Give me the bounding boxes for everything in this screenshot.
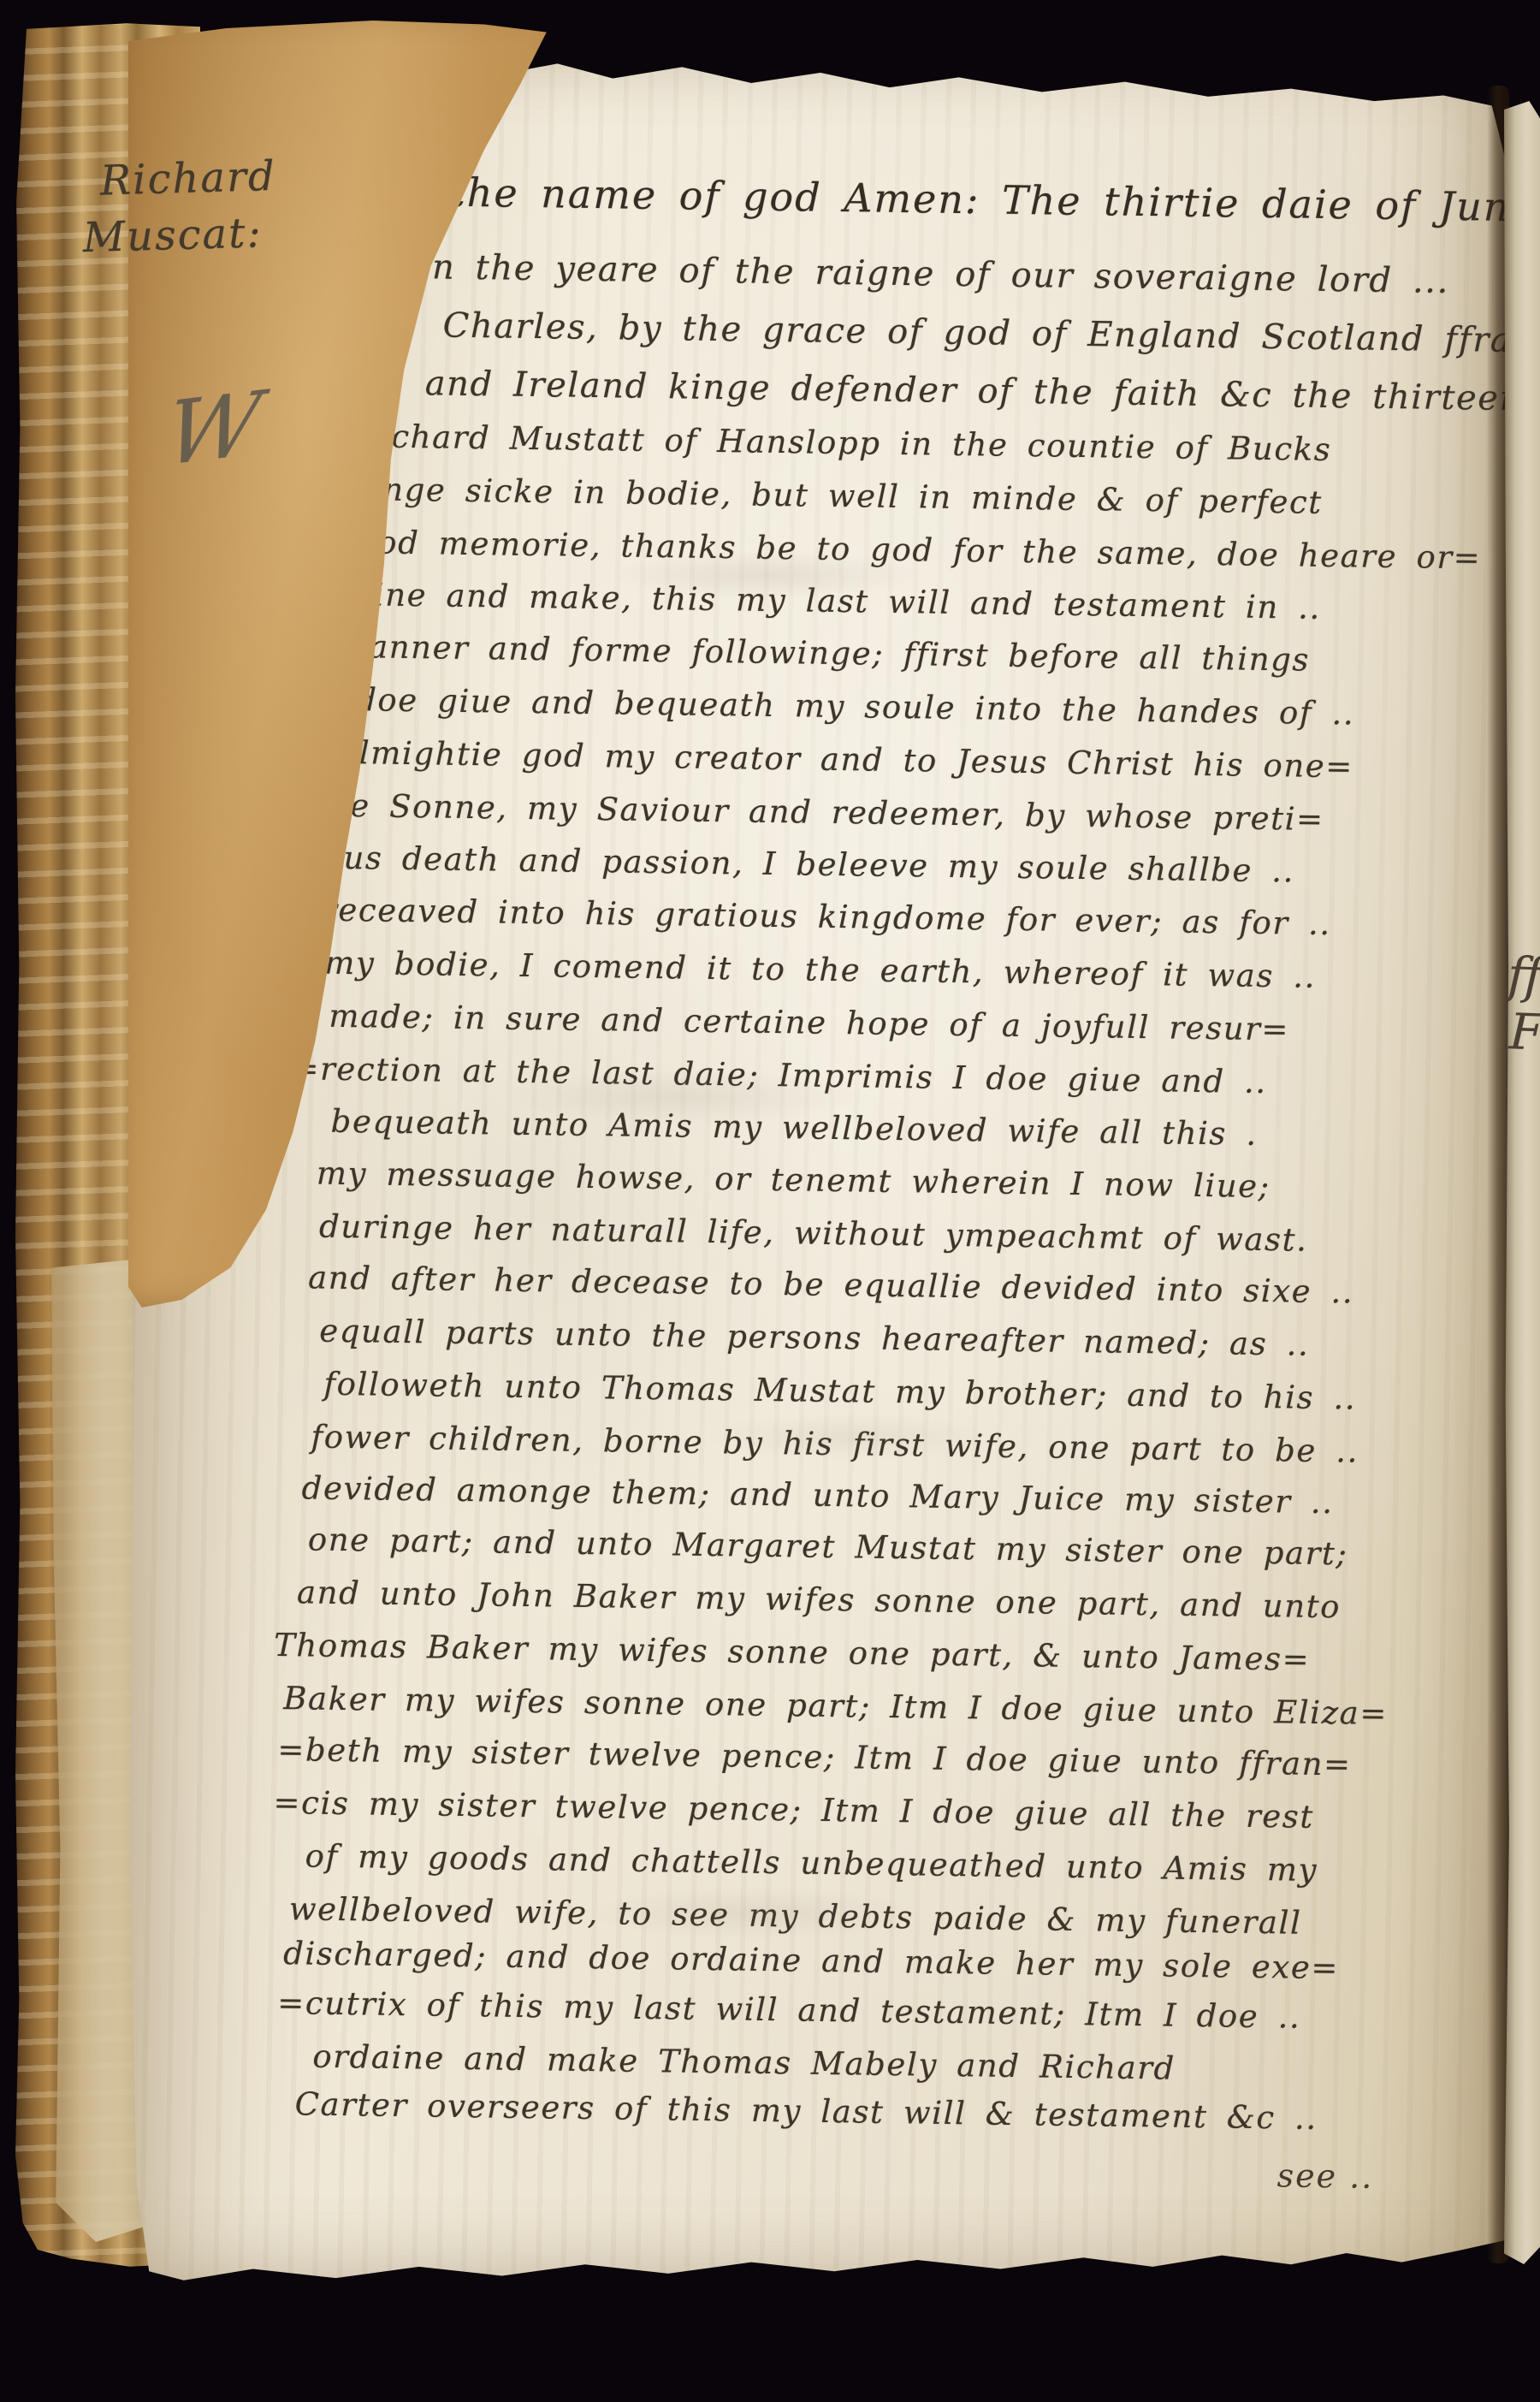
manuscript-line: followeth unto Thomas Mustat my brother;… — [323, 1366, 1356, 1417]
manuscript-line: =lie Sonne, my Saviour and redeemer, by … — [299, 786, 1324, 838]
manuscript-line: fower children, borne by his first wife,… — [311, 1418, 1359, 1469]
manuscript-line: good memorie, thanks be to god for the s… — [335, 524, 1482, 577]
manuscript-line: of my goods and chattells unbequeathed u… — [305, 1837, 1318, 1889]
manuscript-line: discharged; and doe ordaine and make her… — [283, 1935, 1339, 1986]
manuscript-line: my messuage howse, or tenemt wherein I n… — [317, 1155, 1271, 1206]
manuscript-line: In the name of god Amen: The thirtie dai… — [383, 169, 1540, 231]
manuscript-line: duringe her naturall life, without ympea… — [319, 1208, 1308, 1259]
manuscript-line: allmightie god my creator and to Jesus C… — [327, 734, 1353, 786]
manuscript-line: Carter overseers of this my last will & … — [294, 2085, 1318, 2137]
manuscript-line: I Richard Mustatt of Hanslopp in the cou… — [322, 418, 1332, 468]
manuscript-line: my bodie, I comend it to the earth, wher… — [324, 945, 1316, 995]
manuscript-line: =ous death and passion, I beleeve my sou… — [295, 839, 1295, 889]
manuscript-line: =cutrix of this my last will and testame… — [277, 1984, 1301, 2036]
manuscript-line: wellbeloved wife, to see my debts paide … — [289, 1890, 1302, 1942]
facing-page-letters: ff — [1507, 947, 1540, 1003]
manuscript-line: one part; and unto Margaret Mustat my si… — [308, 1521, 1348, 1572]
facing-page-letters: F — [1508, 1004, 1540, 1059]
manuscript-line: Charles, by the grace of god of England … — [442, 306, 1540, 362]
manuscript-line: receaved into his gratious kingdome for … — [322, 892, 1331, 942]
manuscript-line: made; in sure and certaine hope of a joy… — [329, 998, 1289, 1048]
manuscript-line: manner and forme followinge; ffirst befo… — [337, 628, 1310, 679]
manuscript-line: Baker my wifes sonne one part; Itm I doe… — [283, 1680, 1388, 1732]
next-leaf-sliver: ff F — [1504, 101, 1540, 2264]
manuscript-line: =daine and make, this my last will and t… — [304, 575, 1321, 626]
manuscript-line: Thomas Baker my wifes sonne one part, & … — [274, 1627, 1311, 1678]
manuscript-line: in the yeare of the raigne of our sovera… — [419, 247, 1449, 301]
manuscript-line: equall parts unto the persons heareafter… — [319, 1313, 1310, 1363]
manuscript-line: =cis my sister twelve pence; Itm I doe g… — [273, 1784, 1314, 1836]
manuscript-line: I doe giue and bequeath my soule into th… — [323, 681, 1354, 732]
manuscript-photograph: { "manuscript": { "margin_note": { "line… — [0, 0, 1540, 2402]
manuscript-line: =beth my sister twelve pence; Itm I doe … — [277, 1731, 1352, 1783]
manuscript-line: devided amonge them; and unto Mary Juice… — [301, 1469, 1333, 1521]
margin-heading-surname: Muscat: — [82, 205, 278, 266]
manuscript-line: ordaine and make Thomas Mabely and Richa… — [312, 2038, 1176, 2087]
margin-heading-name: Richard — [80, 148, 276, 210]
manuscript-line: and Ireland kinge defender of the faith … — [424, 364, 1540, 419]
margin-heading: Richard Muscat: — [80, 148, 278, 266]
pencil-w-mark: W — [160, 371, 267, 486]
manuscript-line: beinge sicke in bodie, but well in minde… — [329, 471, 1323, 521]
manuscript-line: bequeath unto Amis my wellbeloved wife a… — [330, 1103, 1258, 1153]
manuscript-line: =rection at the last daie; Imprimis I do… — [292, 1050, 1267, 1100]
manuscript-line: and after her decease to be equallie dev… — [308, 1259, 1354, 1310]
catchword: see .. — [1276, 2156, 1373, 2196]
manuscript-line: and unto John Baker my wifes sonne one p… — [297, 1574, 1342, 1625]
